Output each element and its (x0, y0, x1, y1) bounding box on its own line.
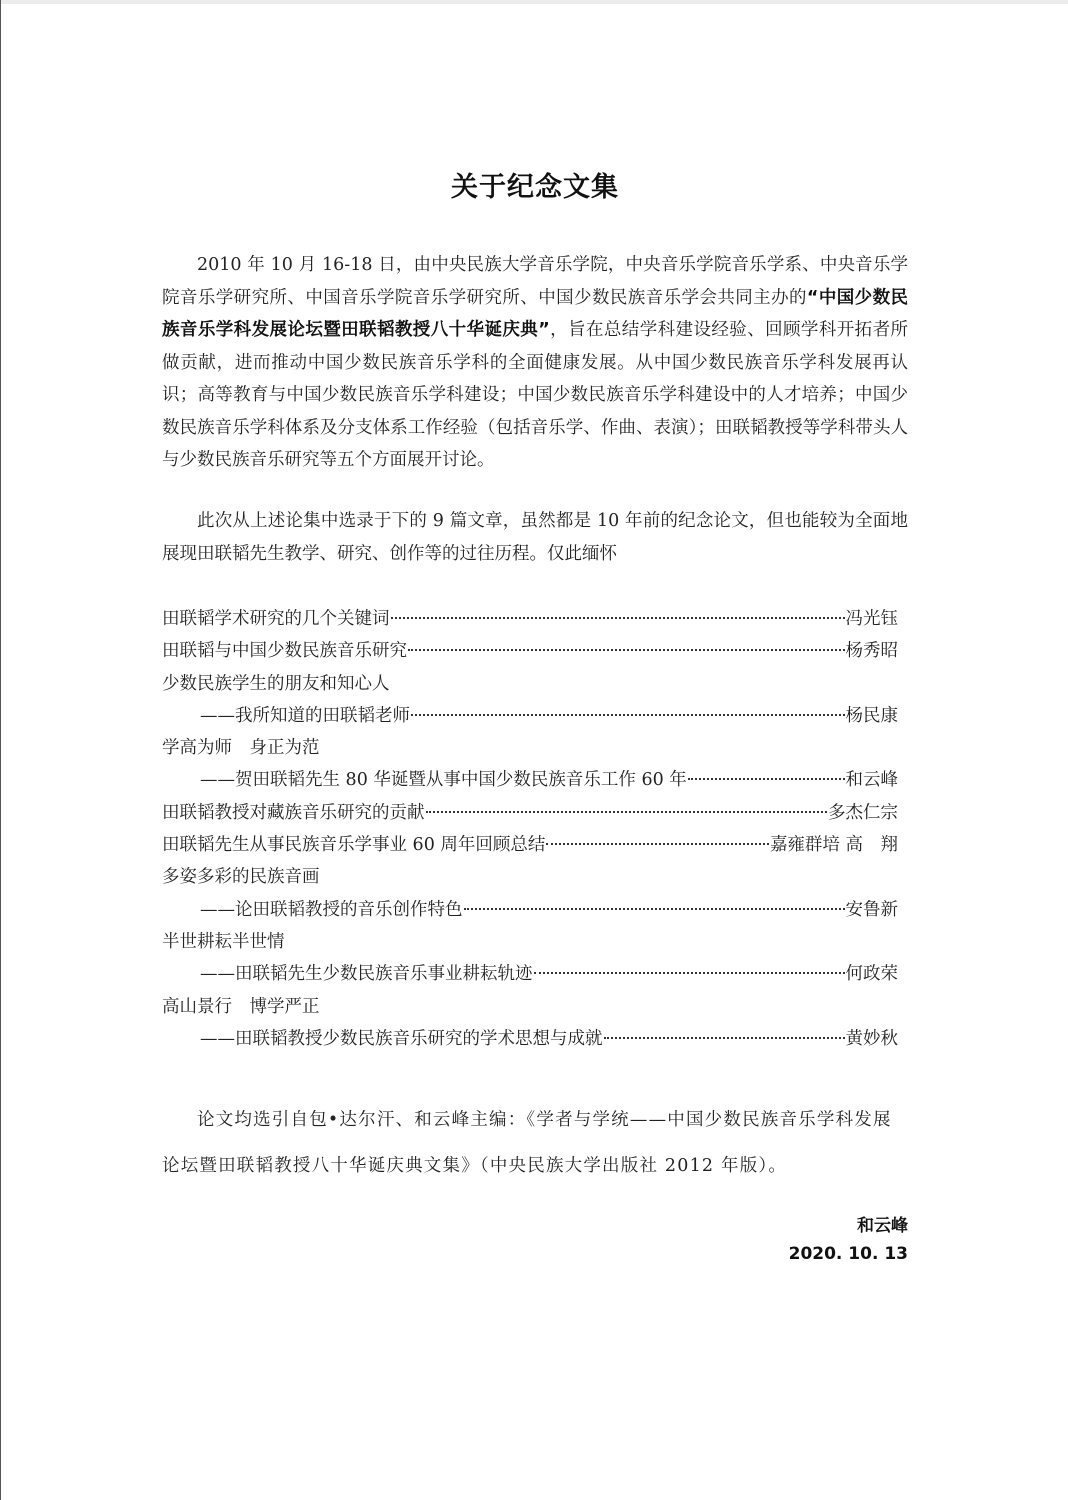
toc-entry-title: 田联韬先生从事民族音乐学事业 60 周年回顾总结 (162, 829, 545, 861)
signature-name: 和云峰 (162, 1211, 908, 1236)
toc-entry: ——贺田联韬先生 80 华诞暨从事中国少数民族音乐工作 60 年和云峰 (162, 764, 898, 796)
page-left-border (0, 0, 1, 1500)
toc-entry: 田联韬教授对藏族音乐研究的贡献多杰仁宗 (162, 797, 898, 829)
toc-entry-title: 半世耕耘半世情 (162, 926, 285, 958)
toc-leader-dots (688, 778, 845, 780)
toc-entry: ——田联韬先生少数民族音乐事业耕耘轨迹何政荣 (162, 958, 898, 990)
toc-entry-author: 杨秀昭 (846, 635, 899, 667)
intro-text-start: 2010 年 10 月 16-18 日，由中央民族大学音乐学院，中央音乐学院音乐… (162, 255, 908, 308)
toc-entry-title: ——田联韬先生少数民族音乐事业耕耘轨迹 (200, 958, 533, 990)
top-edge-strip (0, 0, 1068, 4)
toc-entry-title: 学高为师 身正为范 (162, 732, 320, 764)
toc-leader-dots (534, 972, 845, 974)
toc-entry-title: 田联韬与中国少数民族音乐研究 (162, 635, 407, 667)
toc-leader-dots (604, 1037, 845, 1039)
toc-entry: 田联韬先生从事民族音乐学事业 60 周年回顾总结嘉雍群培 高 翔 (162, 829, 898, 861)
toc-entry: 少数民族学生的朋友和知心人 (162, 668, 898, 700)
toc-entry-title: 多姿多彩的民族音画 (162, 861, 320, 893)
toc-entry-title: 田联韬学术研究的几个关键词 (162, 603, 390, 635)
toc-entry-author: 何政荣 (846, 958, 899, 990)
toc-leader-dots (464, 908, 845, 910)
source-note: 论文均选引自包•达尔汗、和云峰主编：《学者与学统——中国少数民族音乐学科发展论坛… (162, 1097, 908, 1189)
source-note-text: 论文均选引自包•达尔汗、和云峰主编：《学者与学统——中国少数民族音乐学科发展论坛… (162, 1097, 908, 1189)
signature-date: 2020. 10. 13 (162, 1244, 908, 1264)
toc-entry: ——论田联韬教授的音乐创作特色安鲁新 (162, 894, 898, 926)
intro-paragraph: 2010 年 10 月 16-18 日，由中央民族大学音乐学院，中央音乐学院音乐… (162, 249, 908, 477)
toc-leader-dots (391, 617, 845, 619)
intro-text-end: ，旨在总结学科建设经验、回顾学科开拓者所做贡献，进而推动中国少数民族音乐学科的全… (162, 320, 908, 470)
toc-entry-author: 多杰仁宗 (828, 797, 898, 829)
toc-entry: 田联韬学术研究的几个关键词冯光钰 (162, 603, 898, 635)
toc-entry-author: 安鲁新 (846, 894, 899, 926)
toc-entry-author: 杨民康 (846, 700, 899, 732)
toc-entry: 高山景行 博学严正 (162, 991, 898, 1023)
toc-entry-title: 高山景行 博学严正 (162, 991, 320, 1023)
toc-entry-author: 嘉雍群培 高 翔 (770, 829, 898, 861)
toc-entry-title: 田联韬教授对藏族音乐研究的贡献 (162, 797, 425, 829)
page-title: 关于纪念文集 (162, 165, 908, 204)
table-of-contents: 田联韬学术研究的几个关键词冯光钰田联韬与中国少数民族音乐研究杨秀昭少数民族学生的… (162, 603, 898, 1055)
toc-entry: 田联韬与中国少数民族音乐研究杨秀昭 (162, 635, 898, 667)
toc-entry: ——我所知道的田联韬老师杨民康 (162, 700, 898, 732)
toc-leader-dots (408, 649, 845, 651)
toc-entry-author: 和云峰 (846, 764, 899, 796)
toc-entry-author: 冯光钰 (846, 603, 899, 635)
selection-text: 此次从上述论集中选录于下的 9 篇文章，虽然都是 10 年前的纪念论文，但也能较… (162, 505, 908, 570)
toc-entry-title: ——贺田联韬先生 80 华诞暨从事中国少数民族音乐工作 60 年 (200, 764, 687, 796)
toc-leader-dots (426, 811, 828, 813)
toc-entry: 学高为师 身正为范 (162, 732, 898, 764)
toc-entry: 半世耕耘半世情 (162, 926, 898, 958)
toc-leader-dots (546, 843, 769, 845)
toc-entry: 多姿多彩的民族音画 (162, 861, 898, 893)
toc-leader-dots (411, 714, 845, 716)
toc-entry: ——田联韬教授少数民族音乐研究的学术思想与成就黄妙秋 (162, 1023, 898, 1055)
toc-entry-title: 少数民族学生的朋友和知心人 (162, 668, 390, 700)
toc-entry-title: ——田联韬教授少数民族音乐研究的学术思想与成就 (200, 1023, 603, 1055)
toc-entry-author: 黄妙秋 (846, 1023, 899, 1055)
toc-entry-title: ——论田联韬教授的音乐创作特色 (200, 894, 463, 926)
selection-paragraph: 此次从上述论集中选录于下的 9 篇文章，虽然都是 10 年前的纪念论文，但也能较… (162, 505, 908, 570)
toc-entry-title: ——我所知道的田联韬老师 (200, 700, 410, 732)
